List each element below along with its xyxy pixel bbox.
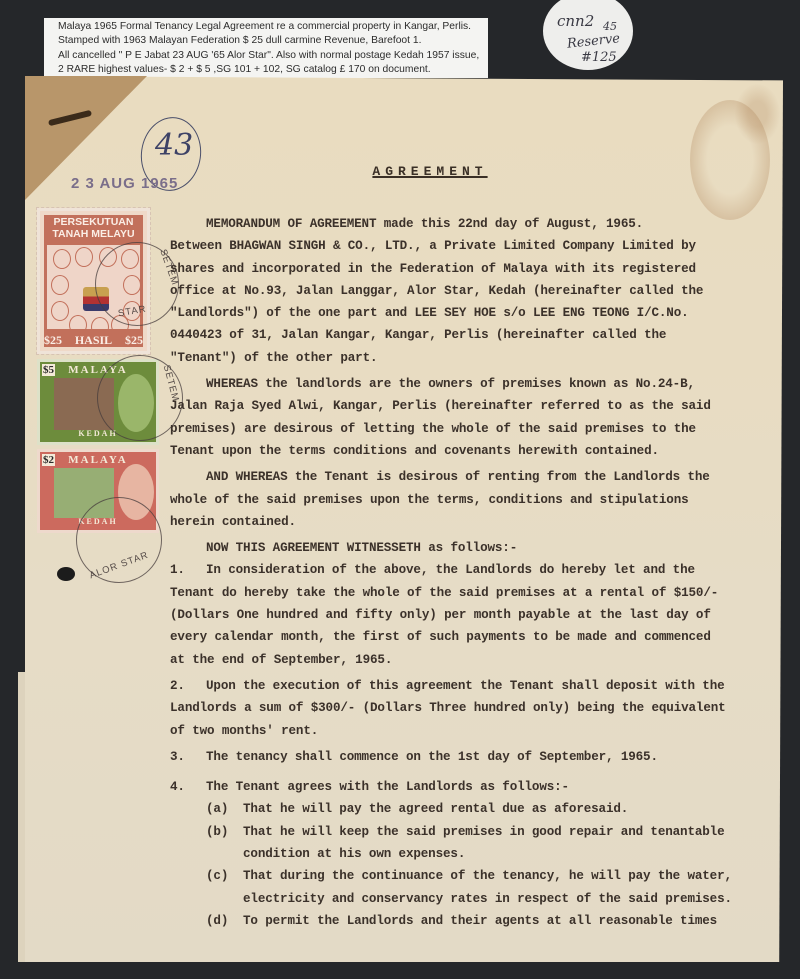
text-line: WHEREAS the landlords are the owners of … [170,373,770,395]
subclause-d: (d) To permit the Landlords and their ag… [170,910,770,932]
text-line: 0440423 of 31, Jalan Kangar, Kangar, Per… [170,324,770,346]
subclause-c-cont: electricity and conservancy rates in res… [170,888,770,910]
text-line: "Landlords") of the one part and LEE SEY… [170,302,770,324]
agreement-body: MEMORANDUM OF AGREEMENT made this 22nd d… [170,213,770,932]
label-line: Malaya 1965 Formal Tenancy Legal Agreeme… [58,20,474,34]
stamp-footer: $25 HASIL $25 [44,333,143,348]
subclause-c: (c) That during the continuance of the t… [170,865,770,887]
text-line: premises) are desirous of letting the wh… [170,418,770,440]
clause-1: 1. In consideration of the above, the La… [170,559,770,581]
text-line: shares and incorporated in the Federatio… [170,258,770,280]
text-line: To permit the Landlords and their agents… [243,910,717,932]
text-line: "Tenant") of the other part. [170,347,770,369]
text-line: office at No.93, Jalan Langgar, Alor Sta… [170,280,770,302]
state-emblem-icon [75,247,93,267]
state-emblem-icon [53,249,71,269]
clause-number: 1. [170,559,206,581]
stamp-value: $25 [125,333,143,348]
stamp-header-line: TANAH MELAYU [40,229,147,241]
punch-hole [57,567,75,581]
text-line: Landlords a sum of $300/- (Dollars Three… [170,697,770,719]
document-title-text: AGREEMENT [372,164,487,179]
text-line: of two months' rent. [170,720,770,742]
listing-description-label: Malaya 1965 Formal Tenancy Legal Agreeme… [44,18,488,78]
text-line: condition at his own expenses. [243,843,465,865]
clause-number: 2. [170,675,206,697]
text-line: electricity and conservancy rates in res… [243,888,732,910]
text-line: The tenancy shall commence on the 1st da… [206,746,658,768]
text-line: Upon the execution of this agreement the… [206,675,725,697]
stamp-value: $5 [42,364,55,376]
document-title: AGREEMENT [0,164,800,179]
state-emblem-icon [51,275,69,295]
stamp-value: $25 [44,333,62,348]
stamp-label: HASIL [75,333,112,348]
clause-number: 4. [170,776,206,798]
text-line: That he will keep the said premises in g… [243,821,725,843]
text-line: That during the continuance of the tenan… [243,865,732,887]
reserve-note-label: Reserve [566,31,620,51]
text-line: whole of the said premises upon the term… [170,489,770,511]
text-line: The Tenant agrees with the Landlords as … [206,776,569,798]
clause-4: 4. The Tenant agrees with the Landlords … [170,776,770,798]
stamp-header-line: PERSEKUTUAN [40,217,147,229]
text-line: That he will pay the agreed rental due a… [243,798,628,820]
water-stain [735,84,780,144]
subclause-a: (a) That he will pay the agreed rental d… [170,798,770,820]
state-emblem-icon [69,315,87,335]
text-line: NOW THIS AGREEMENT WITNESSETH as follows… [170,537,770,559]
label-line: Stamped with 1963 Malayan Federation $ 2… [58,34,474,48]
text-line: AND WHEREAS the Tenant is desirous of re… [170,466,770,488]
subclause-b: (b) That he will keep the said premises … [170,821,770,843]
stamp-header: PERSEKUTUAN TANAH MELAYU [40,217,147,240]
text-line: (Dollars One hundred and fifty only) per… [170,604,770,626]
clause-3: 3. The tenancy shall commence on the 1st… [170,746,770,768]
text-line: Jalan Raja Syed Alwi, Kangar, Perlis (he… [170,395,770,417]
subclause-label: (a) [206,798,243,820]
subclause-label: (b) [206,821,243,843]
reserve-price-sticker: cnn2 45 Reserve #125 [543,0,633,70]
clause-2: 2. Upon the execution of this agreement … [170,675,770,697]
subclause-label: (d) [206,910,243,932]
clause-number: 3. [170,746,206,768]
state-emblem-icon [51,301,69,321]
reserve-note-code: cnn2 [557,12,594,30]
label-line: 2 RARE highest values- $ 2 + $ 5 ,SG 101… [58,63,474,77]
text-line: herein contained. [170,511,770,533]
reserve-note-price: #125 [581,50,617,65]
text-line: Tenant do hereby take the whole of the s… [170,582,770,604]
text-line: Between BHAGWAN SINGH & CO., LTD., a Pri… [170,235,770,257]
text-line: MEMORANDUM OF AGREEMENT made this 22nd d… [170,213,770,235]
text-line: at the end of September, 1965. [170,649,770,671]
subclause-label: (c) [206,865,243,887]
scan-background [0,962,800,979]
folio-number: 43 [155,128,193,163]
label-line: All cancelled " P E Jabat 23 AUG '65 Alo… [58,49,474,63]
text-line: Tenant upon the terms conditions and cov… [170,440,770,462]
subclause-b-cont: condition at his own expenses. [170,843,770,865]
stamp-value: $2 [42,454,55,466]
text-line: every calendar month, the first of such … [170,626,770,648]
text-line: In consideration of the above, the Landl… [206,559,695,581]
